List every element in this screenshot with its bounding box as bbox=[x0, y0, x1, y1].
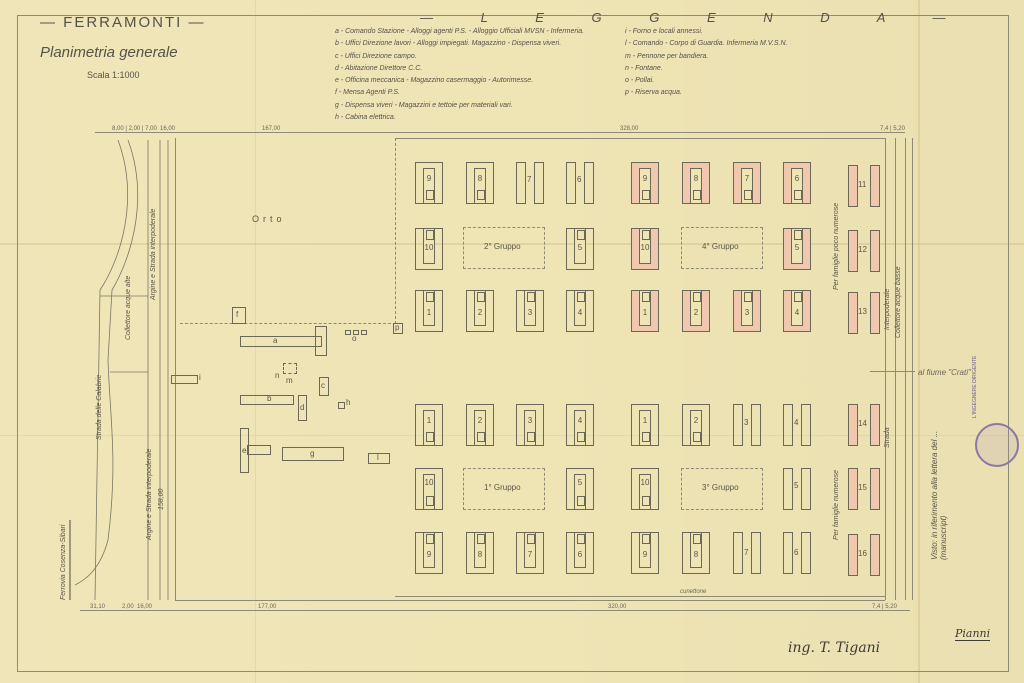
barrack-block[interactable]: 8 bbox=[682, 162, 710, 204]
handwritten-annotation: Visto: in riferimento alla lettera del .… bbox=[930, 390, 948, 560]
building-a[interactable]: a bbox=[240, 336, 322, 347]
building-i[interactable] bbox=[171, 375, 198, 384]
group-courtyard: 2° Gruppo bbox=[463, 227, 545, 269]
barrack-bar[interactable] bbox=[801, 532, 811, 574]
strada-calabrie-label: Strada delle Calabrie bbox=[96, 375, 103, 440]
barrack-block[interactable]: 4 bbox=[566, 290, 594, 332]
stamp-text: L'INGEGNERE DIRIGENTE bbox=[972, 356, 978, 418]
building-m[interactable] bbox=[283, 363, 297, 374]
family-bar[interactable] bbox=[848, 404, 858, 446]
pollaio bbox=[345, 330, 351, 335]
family-bar[interactable] bbox=[870, 534, 880, 576]
group-courtyard: 4° Gruppo bbox=[681, 227, 763, 269]
family-bar[interactable] bbox=[870, 404, 880, 446]
barrack-bar[interactable] bbox=[751, 404, 761, 446]
barrack-block[interactable]: 6 bbox=[783, 162, 811, 204]
barrack-block[interactable]: 2 bbox=[466, 404, 494, 446]
group-courtyard: 1° Gruppo bbox=[463, 468, 545, 510]
barrack-block[interactable]: 9 bbox=[631, 532, 659, 574]
barrack-block[interactable]: 5 bbox=[566, 228, 594, 270]
roads-svg bbox=[0, 0, 1024, 683]
barrack-block[interactable]: 8 bbox=[466, 532, 494, 574]
barrack-bar[interactable] bbox=[534, 162, 544, 204]
barrack-block[interactable]: 8 bbox=[466, 162, 494, 204]
barrack-block[interactable]: 7 bbox=[733, 162, 761, 204]
barrack-bar[interactable] bbox=[733, 404, 743, 446]
strada-calabrie-line bbox=[95, 140, 128, 600]
label-m: m bbox=[286, 376, 293, 385]
family-bar[interactable] bbox=[848, 230, 858, 272]
barrack-block[interactable]: 1 bbox=[415, 290, 443, 332]
label-i: i bbox=[199, 373, 201, 382]
barrack-block[interactable]: 10 bbox=[415, 468, 443, 510]
building-c[interactable]: c bbox=[319, 377, 329, 396]
pollaio bbox=[361, 330, 367, 335]
barrack-block[interactable]: 1 bbox=[631, 404, 659, 446]
ferrovia-label: Ferrovia Cosenza-Sibari bbox=[60, 525, 67, 600]
barrack-block[interactable]: 4 bbox=[783, 290, 811, 332]
signature-engineer: ing. T. Tigani bbox=[788, 640, 880, 656]
barrack-block[interactable]: 10 bbox=[631, 228, 659, 270]
building-f[interactable]: f bbox=[232, 307, 246, 324]
barrack-block[interactable]: 10 bbox=[415, 228, 443, 270]
barrack-block[interactable]: 4 bbox=[566, 404, 594, 446]
signature-approval: Pianni bbox=[955, 627, 990, 641]
barrack-bar[interactable] bbox=[733, 532, 743, 574]
barrack-block[interactable]: 1 bbox=[415, 404, 443, 446]
famiglie-poco-label: Per famiglie poco numerose bbox=[833, 203, 840, 290]
barrack-block[interactable]: 3 bbox=[733, 290, 761, 332]
label-h: h bbox=[346, 398, 350, 407]
building-a-wing bbox=[315, 326, 327, 356]
barrack-block[interactable]: 5 bbox=[783, 228, 811, 270]
group-courtyard: 3° Gruppo bbox=[681, 468, 763, 510]
building-d[interactable]: d bbox=[298, 395, 307, 421]
building-p[interactable]: p bbox=[393, 323, 403, 334]
building-b[interactable]: b bbox=[240, 395, 294, 405]
collettore-alte-label: Collettore acque alte bbox=[125, 276, 132, 340]
barrack-block[interactable]: 9 bbox=[415, 532, 443, 574]
barrack-block[interactable]: 3 bbox=[516, 290, 544, 332]
label-n: n bbox=[275, 371, 279, 380]
barrack-block[interactable]: 9 bbox=[415, 162, 443, 204]
barrack-bar[interactable] bbox=[751, 532, 761, 574]
building-l[interactable]: l bbox=[368, 453, 390, 464]
barrack-block[interactable]: 2 bbox=[682, 404, 710, 446]
floor-plan-sheet: — FERRAMONTI — Planimetria generale Scal… bbox=[0, 0, 1024, 683]
barrack-bar[interactable] bbox=[783, 404, 793, 446]
building-h[interactable] bbox=[338, 402, 345, 409]
family-bar[interactable] bbox=[848, 165, 858, 207]
family-bar[interactable] bbox=[870, 468, 880, 510]
family-bar[interactable] bbox=[870, 230, 880, 272]
label-o: o bbox=[352, 334, 356, 343]
family-bar[interactable] bbox=[848, 534, 858, 576]
barrack-block[interactable]: 10 bbox=[631, 468, 659, 510]
barrack-bar[interactable] bbox=[516, 162, 526, 204]
barrack-bar[interactable] bbox=[801, 404, 811, 446]
family-bar[interactable] bbox=[848, 468, 858, 510]
barrack-block[interactable]: 6 bbox=[566, 532, 594, 574]
barrack-block[interactable]: 3 bbox=[516, 404, 544, 446]
barrack-block[interactable]: 5 bbox=[566, 468, 594, 510]
barrack-block[interactable]: 2 bbox=[466, 290, 494, 332]
left-road-dimension: 158,00 bbox=[158, 489, 165, 510]
barrack-block[interactable]: 9 bbox=[631, 162, 659, 204]
barrack-bar[interactable] bbox=[584, 162, 594, 204]
barrack-bar[interactable] bbox=[783, 532, 793, 574]
argine-label-lower: Argine e Strada interpoderale bbox=[146, 449, 153, 540]
barrack-block[interactable]: 8 bbox=[682, 532, 710, 574]
barrack-block[interactable]: 1 bbox=[631, 290, 659, 332]
building-e-wing bbox=[247, 445, 271, 455]
barrack-block[interactable]: 7 bbox=[516, 532, 544, 574]
argine-label: Argine e Strada interpoderale bbox=[150, 209, 157, 300]
barrack-bar[interactable] bbox=[801, 468, 811, 510]
barrack-bar[interactable] bbox=[783, 468, 793, 510]
family-bar[interactable] bbox=[848, 292, 858, 334]
famiglie-numerose-label: Per famiglie numerose bbox=[833, 470, 840, 540]
official-stamp bbox=[975, 423, 1019, 467]
building-g[interactable]: g bbox=[282, 447, 344, 461]
barrack-bar[interactable] bbox=[566, 162, 576, 204]
family-bar[interactable] bbox=[870, 165, 880, 207]
barrack-block[interactable]: 2 bbox=[682, 290, 710, 332]
family-bar[interactable] bbox=[870, 292, 880, 334]
